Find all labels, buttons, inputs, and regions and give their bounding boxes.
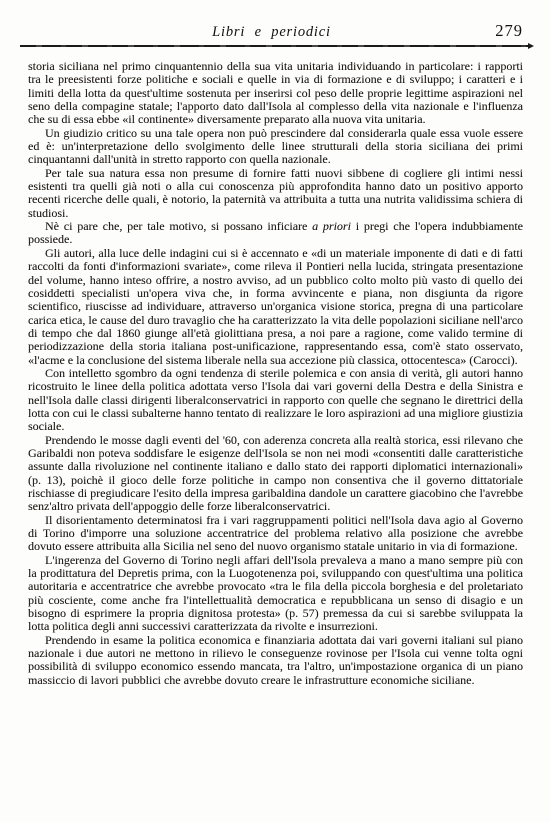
text-run: Il disorientamento determinatosi fra i v… [28,513,523,554]
text-run: Per tale sua natura essa non presume di … [28,166,523,220]
running-head-title: Libri e periodici [20,24,523,41]
paragraph: L'ingerenza del Governo di Torino negli … [28,554,523,634]
paragraph: Gli autori, alla luce delle indagini cui… [28,247,523,367]
paragraph: Per tale sua natura essa non presume di … [28,167,523,220]
page-body: storia siciliana nel primo cinquantennio… [28,60,523,687]
text-run: Prendendo in esame la politica economica… [28,633,523,687]
paragraph: Prendendo le mosse dagli eventi del '60,… [28,434,523,514]
paragraph: Il disorientamento determinatosi fra i v… [28,514,523,554]
scanned-book-page: Libri e periodici 279 storia siciliana n… [0,0,550,822]
paragraph: Con intelletto sgombro da ogni tendenza … [28,367,523,434]
text-run: Gli autori, alla luce delle indagini cui… [28,246,523,367]
paragraph: Prendendo in esame la politica economica… [28,634,523,687]
page-header: Libri e periodici 279 [20,24,523,46]
text-run: storia siciliana nel primo cinquantennio… [28,59,523,126]
text-run: L'ingerenza del Governo di Torino negli … [28,553,523,634]
paragraph: Nè ci pare che, per tale motivo, si poss… [28,220,523,247]
text-run: Nè ci pare che, per tale motivo, si poss… [45,219,312,233]
text-run: Prendendo le mosse dagli eventi del '60,… [28,433,523,514]
paragraph: storia siciliana nel primo cinquantennio… [28,60,523,127]
header-rule [20,45,530,47]
page-number: 279 [495,21,523,41]
text-run: Con intelletto sgombro da ogni tendenza … [28,366,523,433]
text-run: Un giudizio critico su una tale opera no… [28,126,523,167]
paragraph: Un giudizio critico su una tale opera no… [28,127,523,167]
italic-text-run: a priori [312,219,351,233]
